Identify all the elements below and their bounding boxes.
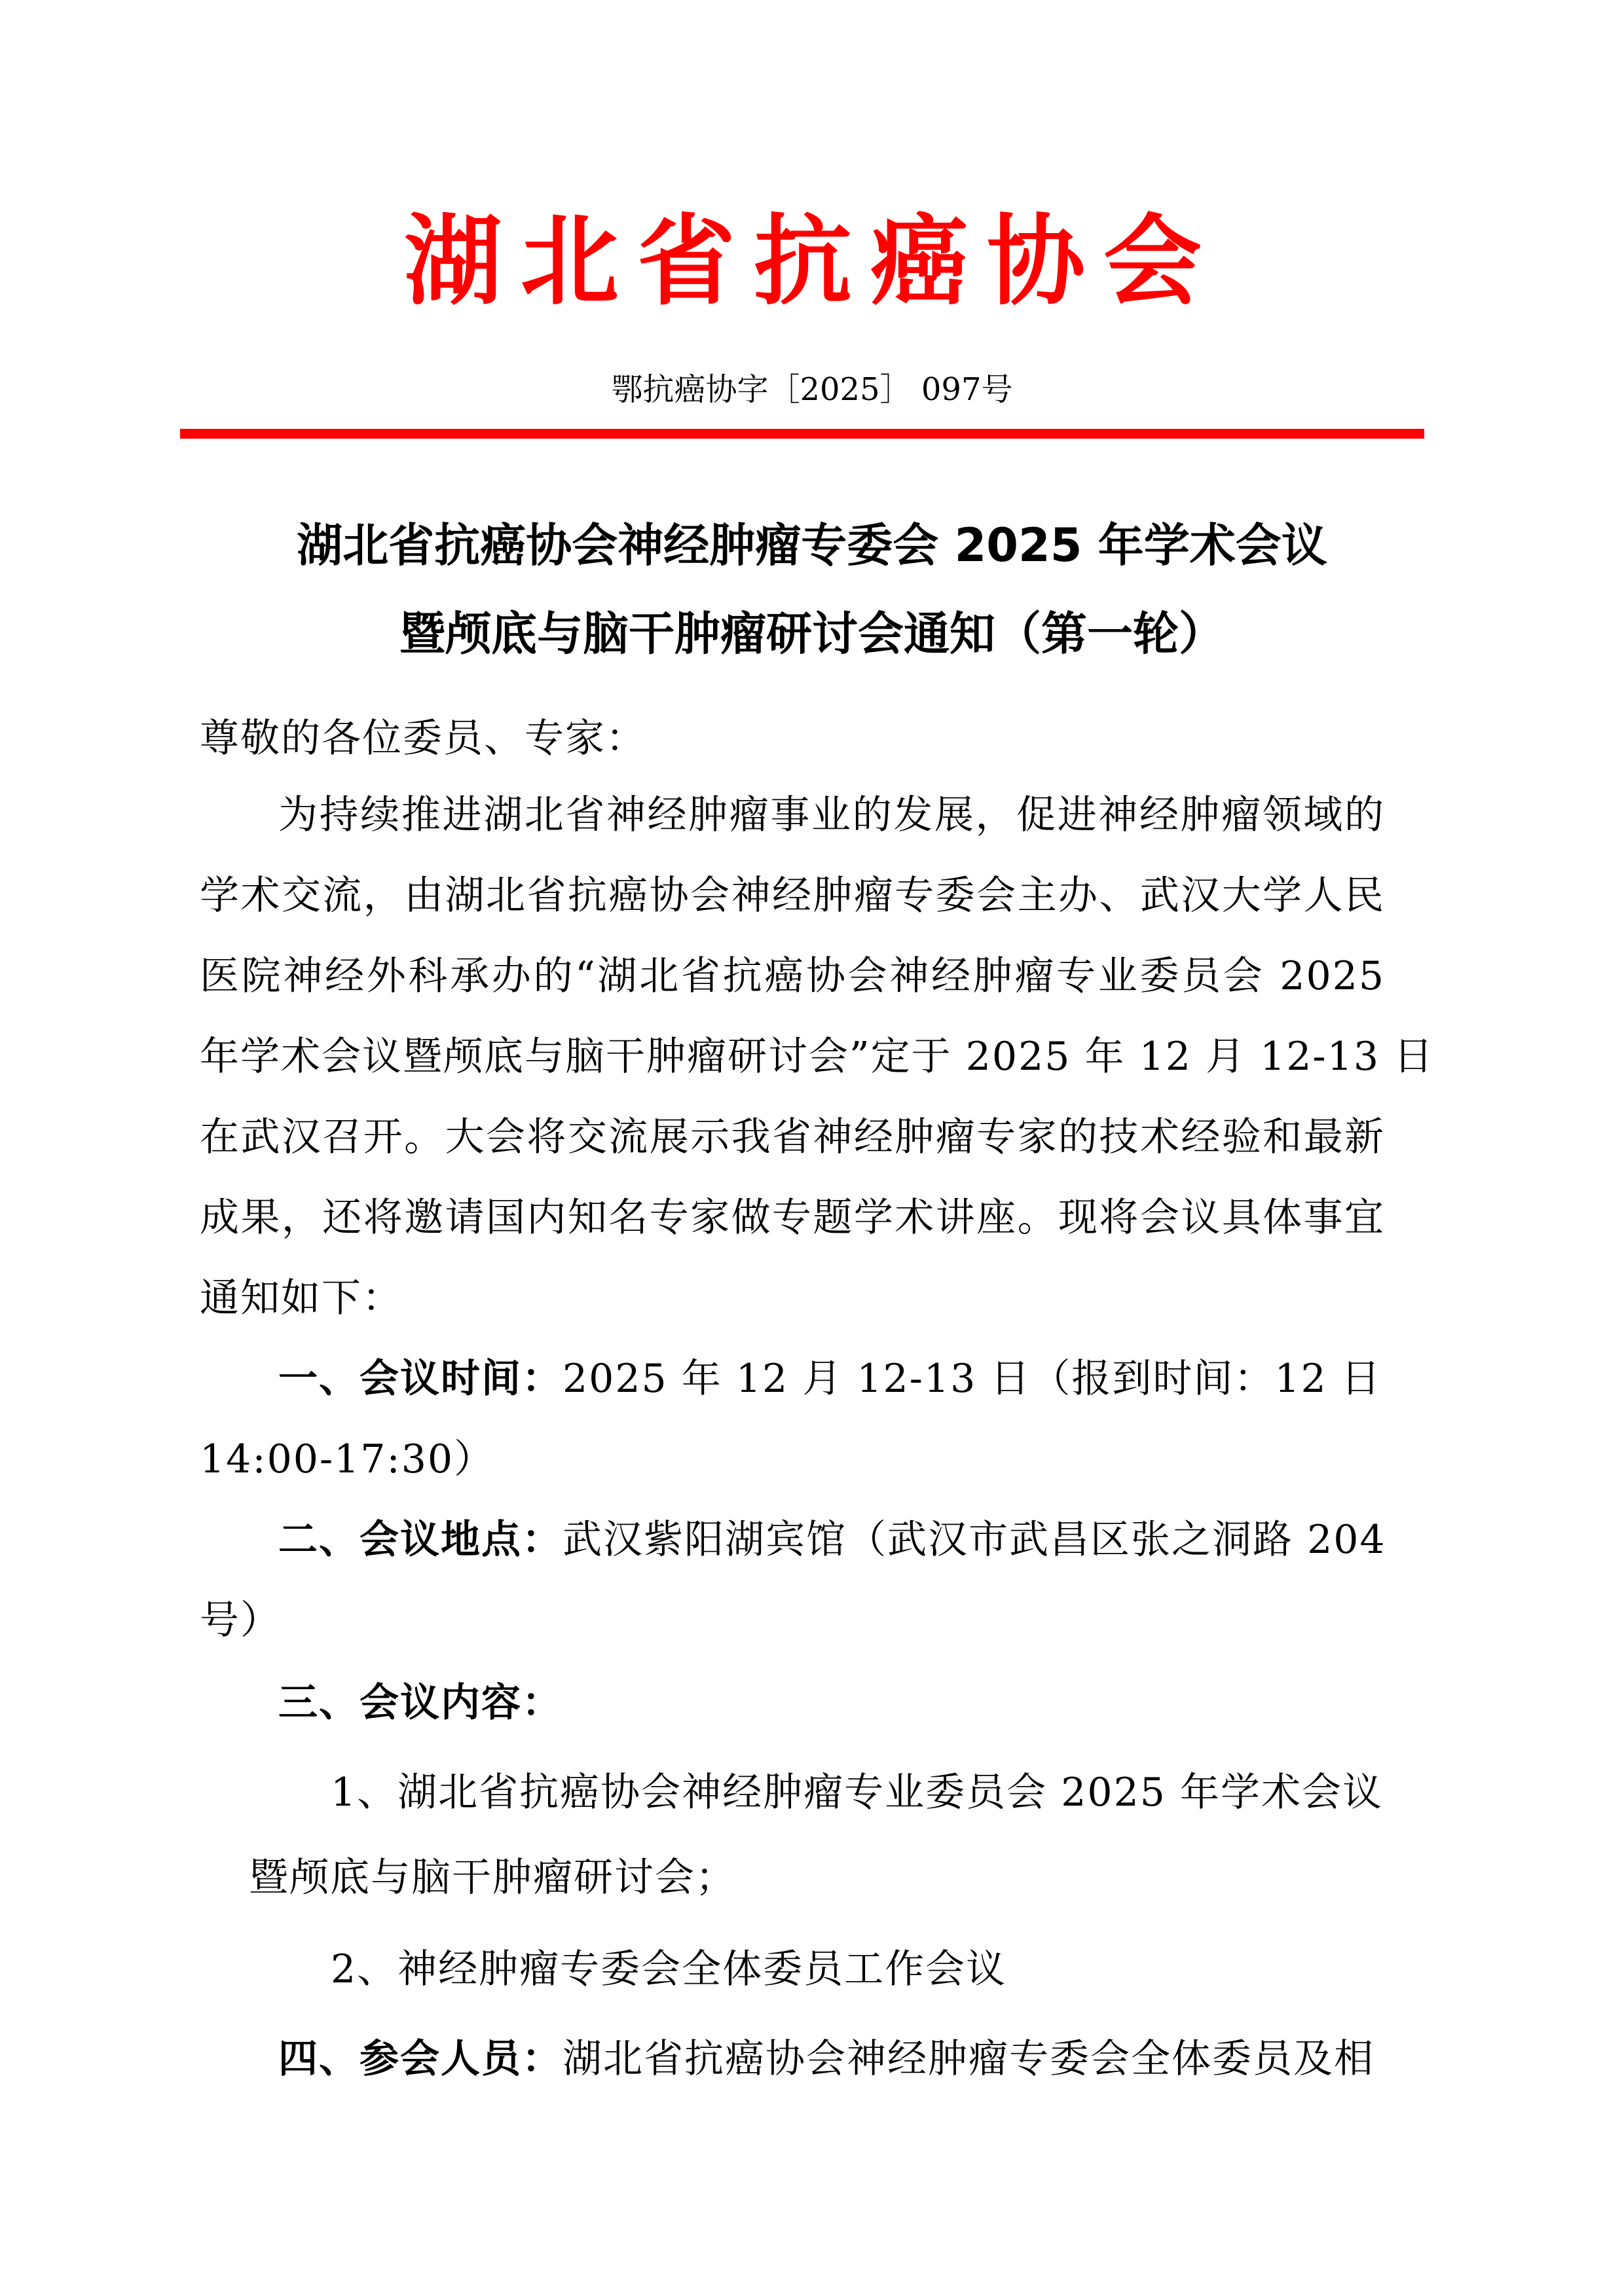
organization-masthead: 湖北省抗癌协会 — [0, 196, 1624, 327]
section-value: 湖北省抗癌协会神经肿瘤专委会全体委员及相 — [563, 2036, 1375, 2082]
intro-line: 医院神经外科承办的“湖北省抗癌协会神经肿瘤专业委员会 2025 — [200, 947, 1385, 1006]
section-value: 2025 年 12 月 12-13 日（报到时间：12 日 — [563, 1356, 1382, 1402]
intro-line: 为持续推进湖北省神经肿瘤事业的发展，促进神经肿瘤领域的 — [278, 786, 1385, 845]
section-label: 一、会议时间： — [278, 1356, 563, 1402]
intro-line: 年学术会议暨颅底与脑干肿瘤研讨会”定于 2025 年 12 月 12-13 日 — [200, 1027, 1385, 1086]
section-value-continued: 14:00-17:30） — [200, 1430, 1385, 1489]
section-label: 二、会议地点： — [278, 1517, 563, 1563]
content-item-1: 1、湖北省抗癌协会神经肿瘤专业委员会 2025 年学术会议 — [331, 1763, 1385, 1822]
section-label: 三、会议内容： — [278, 1673, 1464, 1732]
section-value: 武汉紫阳湖宾馆（武汉市武昌区张之洞路 204 — [563, 1517, 1386, 1563]
document-number: 鄂抗癌协字［2025］ 097号 — [0, 367, 1624, 412]
document-title-line-1: 湖北省抗癌协会神经肿瘤专委会 2025 年学术会议 — [0, 513, 1624, 578]
document-title-line-2: 暨颅底与脑干肿瘤研讨会通知（第一轮） — [0, 601, 1624, 666]
section-label: 四、参会人员： — [278, 2036, 563, 2082]
intro-line: 通知如下： — [200, 1269, 1385, 1328]
intro-line: 学术交流，由湖北省抗癌协会神经肿瘤专委会主办、武汉大学人民 — [200, 866, 1385, 925]
intro-line: 在武汉召开。大会将交流展示我省神经肿瘤专家的技术经验和最新 — [200, 1108, 1385, 1167]
salutation: 尊敬的各位委员、专家： — [200, 709, 1385, 768]
content-item-2: 2、神经肿瘤专委会全体委员工作会议 — [331, 1940, 1516, 1999]
section-value-continued: 号） — [200, 1591, 1385, 1650]
content-item-1-continued: 暨颅底与脑干肿瘤研讨会； — [249, 1848, 1434, 1907]
intro-line: 成果，还将邀请国内知名专家做专题学术讲座。现将会议具体事宜 — [200, 1188, 1385, 1247]
red-divider-rule — [180, 429, 1424, 439]
